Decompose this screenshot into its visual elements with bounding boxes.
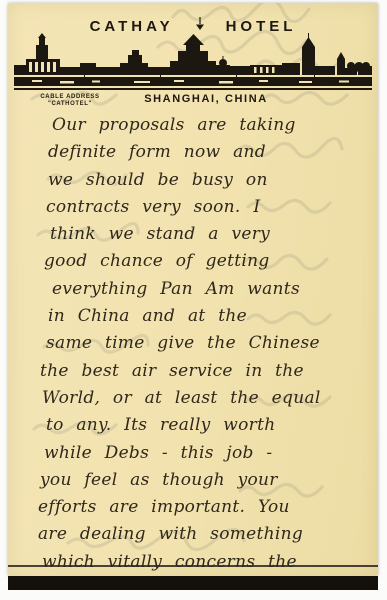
handwritten-line: the best air service in the: [8, 361, 378, 388]
handwritten-line: World, or at least the equal: [8, 388, 378, 415]
handwritten-line: Our proposals are taking: [8, 115, 378, 142]
handwritten-line: good chance of getting: [8, 251, 378, 278]
handwritten-line: think we stand a very: [8, 224, 378, 251]
handwritten-line: while Debs - this job -: [8, 443, 378, 470]
shanghai-bund-skyline-icon: [14, 33, 372, 91]
handwritten-line: we should be busy on: [8, 170, 378, 197]
paper-bottom-edge-line: [8, 565, 378, 567]
handwritten-line: are dealing with something: [8, 524, 378, 551]
handwritten-line: everything Pan Am wants: [8, 279, 378, 306]
tower-finial-icon: [194, 17, 206, 32]
handwritten-line: contracts very soon. I: [8, 197, 378, 224]
letter-paper: CATHAY HOTEL: [8, 3, 378, 576]
scan-backing-bar: [8, 576, 378, 590]
handwritten-line: to any. Its really worth: [8, 415, 378, 442]
letterhead-location: SHANGHAI, CHINA: [8, 93, 378, 105]
letter-body: Our proposals are taking definite form n…: [8, 115, 378, 579]
handwritten-line: efforts are important. You: [8, 497, 378, 524]
scan-background: { "letterhead": { "name_left": "CATHAY",…: [0, 0, 387, 600]
handwritten-line: definite form now and: [8, 142, 378, 169]
handwritten-line: you feel as though your: [8, 470, 378, 497]
handwritten-line: in China and at the: [8, 306, 378, 333]
handwritten-line: same time give the Chinese: [8, 333, 378, 360]
